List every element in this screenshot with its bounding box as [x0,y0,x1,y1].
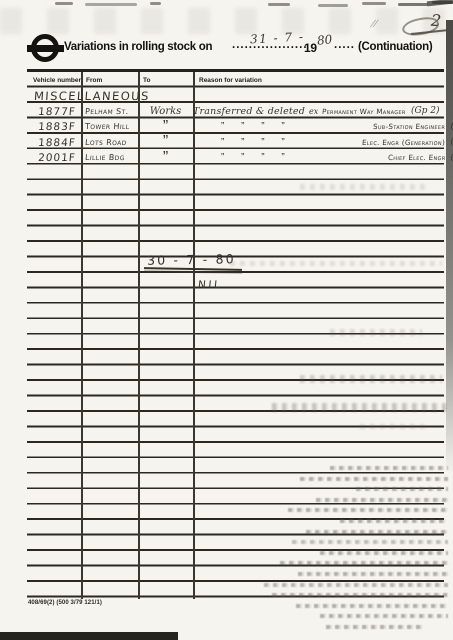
continuation-label: (Continuation) [358,41,432,53]
group-note: (Gp 2) [411,106,440,116]
scan-artifact-dash [362,2,386,5]
vehicle-number: 1884F [32,135,81,151]
scan-noise-top [0,8,453,34]
table-row: 1883F Tower Hill ” ” ” ” ” Sub-Station E… [27,119,444,135]
reason-department: Chief Elec. Engr [388,153,446,162]
scanned-form-page: Variations in rolling stock on .........… [0,0,453,640]
from-location: Pelham St. [84,104,137,120]
reason-ex: ex [309,107,318,116]
reason-prefix: Transferred & deleted [193,106,305,117]
form-reference-number: 408/69(2) (500 3/79 121/1) [28,600,102,606]
reason-department: Sub-Station Engineer [373,122,446,131]
reason-cell: ” ” ” ” Elec. Engr (Generation) (Gp 2) [193,135,453,151]
to-location: Works [138,104,193,120]
vehicle-number: 1877F [32,104,81,120]
col-header-to: To [143,77,150,84]
reason-cell: ” ” ” ” Sub-Station Engineer (Gp 2) [193,119,453,135]
bleed-through-text-smudges [262,466,452,638]
scan-artifact-dash [268,3,290,6]
table-row: 1884F Lots Road ” ” ” ” ” Elec. Engr (Ge… [27,135,444,151]
scan-artifact-dash [318,4,348,7]
pencil-smudge [330,329,422,336]
vehicle-number: 1883F [32,119,81,135]
scan-artifact-dash [150,2,161,5]
to-ditto-mark: ” [138,119,193,135]
from-location: Lillie Bdg [84,150,137,166]
to-ditto-mark: ” [138,135,193,151]
dotted-trailer: ..... [334,39,355,51]
col-header-reason: Reason for variation [199,77,262,84]
pencil-smudge [360,424,430,429]
to-ditto-mark: ” [138,150,193,166]
page-title: Variations in rolling stock on [64,41,212,53]
reason-ditto-marks: ” ” ” ” [221,137,285,148]
handwritten-nil-note: NIL [197,279,223,291]
handwritten-date-note: 30 - 7 - 80 [147,251,236,268]
london-transport-roundel-icon [27,34,64,62]
from-location: Lots Road [84,135,137,151]
col-header-from: From [86,77,102,84]
handwritten-year: 80 [316,32,333,48]
table-row: 1877F Pelham St. Works Transferred & del… [27,104,444,120]
table-row: 2001F Lillie Bdg ” ” ” ” ” Chief Elec. E… [27,150,444,166]
scan-artifact-corner [427,0,453,6]
scan-artifact-dash [55,2,73,5]
pencil-smudge [230,261,442,266]
scan-artifact-dash [398,3,428,6]
pencil-smudge [272,403,446,412]
reason-department: Elec. Engr (Generation) [362,138,446,147]
reason-cell: Transferred & deleted ex Permanent Way M… [193,104,453,120]
reason-department: Permanent Way Manager [322,107,406,116]
reason-cell: ” ” ” ” Chief Elec. Engr (Gp 2) [193,150,453,166]
roundel-bar [27,45,64,52]
pencil-smudge [300,184,428,190]
pencil-smudge [300,375,442,383]
scan-artifact-dash [85,3,137,6]
reason-ditto-marks: ” ” ” ” [221,152,285,163]
scan-edge-shadow [446,20,453,475]
scan-artifact-bottom-bar [0,632,178,640]
vehicle-number: 2001F [32,150,81,166]
from-location: Tower Hill [84,119,137,135]
year-prefix: 19 [304,41,317,55]
reason-ditto-marks: ” ” ” ” [221,121,285,132]
section-label-miscellaneous: MISCELLANEOUS [34,89,151,103]
handwritten-date: 31 - 7 - [250,30,305,47]
col-header-vehicle-number: Vehicle number [33,77,81,84]
